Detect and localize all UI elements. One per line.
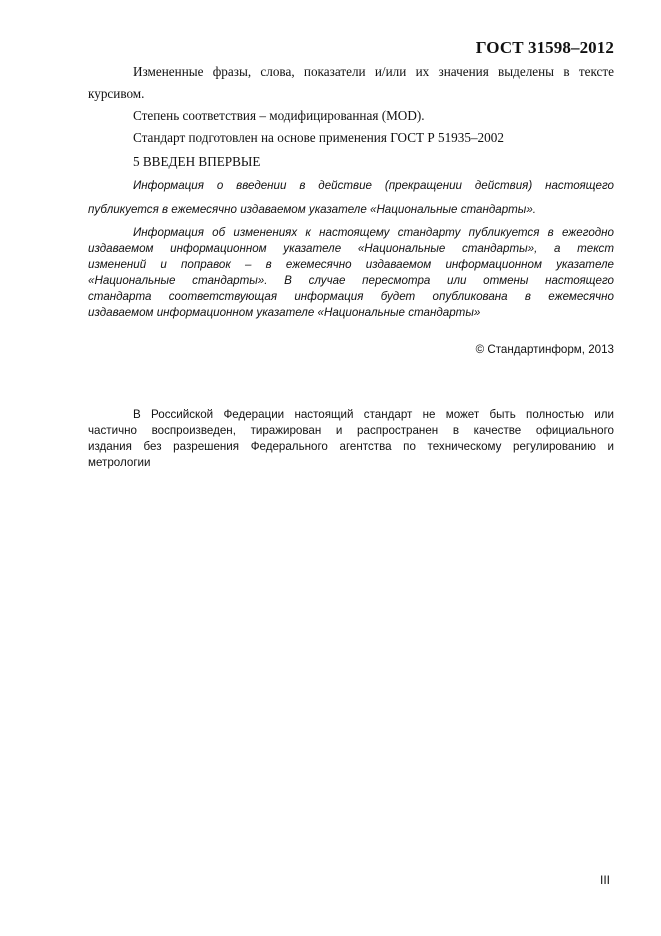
standard-code-header: ГОСТ 31598–2012 xyxy=(476,38,614,58)
legal-notice-paragraph: В Российской Федерации настоящий стандар… xyxy=(88,407,614,471)
changed-phrases-line-1: Измененные фразы, слова, показатели и/ил… xyxy=(133,64,614,80)
prepared-basis: Стандарт подготовлен на основе применени… xyxy=(133,130,504,146)
conformity-degree: Степень соответствия – модифицированная … xyxy=(133,108,425,124)
legal-notice-line: частично воспроизведен, тиражирован и ра… xyxy=(88,423,614,439)
info-changes-line: издаваемом информационном указателе «Нац… xyxy=(88,305,614,321)
legal-notice-line: метрологии xyxy=(88,455,614,471)
info-changes-line: стандарта соответствующая информация буд… xyxy=(88,289,614,305)
info-changes-paragraph: Информация об изменениях к настоящему ст… xyxy=(88,225,614,321)
info-intro-line-2: публикуется в ежемесячно издаваемом указ… xyxy=(88,203,536,216)
info-changes-line: «Национальные стандарты». В случае перес… xyxy=(88,273,614,289)
document-page: ГОСТ 31598–2012 Измененные фразы, слова,… xyxy=(0,0,661,936)
info-intro-line-1: Информация о введении в действие (прекра… xyxy=(133,179,614,192)
page-number: III xyxy=(600,873,610,887)
info-changes-line: издаваемом информационном указателе «Нац… xyxy=(88,241,614,257)
item-5-title: 5 ВВЕДЕН ВПЕРВЫЕ xyxy=(133,154,260,170)
legal-notice-line: издания без разрешения Федерального аген… xyxy=(88,439,614,455)
changed-phrases-line-2: курсивом. xyxy=(88,86,144,102)
info-changes-line: Информация об изменениях к настоящему ст… xyxy=(88,225,614,241)
legal-notice-line: В Российской Федерации настоящий стандар… xyxy=(88,407,614,423)
copyright-notice: © Стандартинформ, 2013 xyxy=(476,343,614,356)
info-changes-line: изменений и поправок – в ежемесячно изда… xyxy=(88,257,614,273)
